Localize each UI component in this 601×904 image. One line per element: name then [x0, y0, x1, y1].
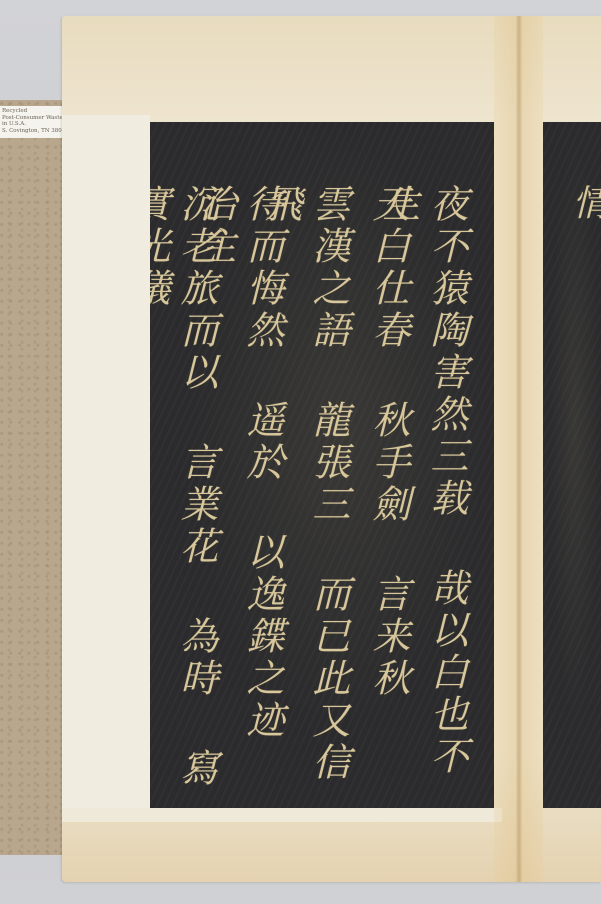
album-fold: [516, 16, 522, 882]
calligraphy-column-right-1: 證止迹也 重迹行炎存夜 生樓 情: [563, 184, 601, 808]
page-mat-left: [62, 115, 150, 820]
label-line: in U.S.A.: [2, 121, 64, 128]
calligraphy-column-2: 天白仕春 秋手劍 言来秋: [364, 184, 412, 700]
label-line: Recycled: [2, 108, 64, 115]
kraft-backing-board: [0, 100, 64, 855]
label-line: Post-Consumer Waste: [2, 115, 64, 122]
calligraphy-rubbing-left: 夜不猿陶害然三载 哉以白也不生 天白仕春 秋手劍 言来秋 雲漢之語 龍張三 而已…: [150, 122, 494, 808]
page-mat-bottom: [62, 808, 502, 822]
label-line: S. Covington, TN 38019: [2, 128, 64, 135]
recycled-paper-label: Recycled Post-Consumer Waste in U.S.A. S…: [0, 106, 64, 138]
calligraphy-rubbing-right: 證止迹也 重迹行炎存夜 生樓 情: [543, 122, 601, 808]
calligraphy-column-5: 沉老旅而以 言業花 為時 寫 實光儀: [150, 184, 220, 808]
